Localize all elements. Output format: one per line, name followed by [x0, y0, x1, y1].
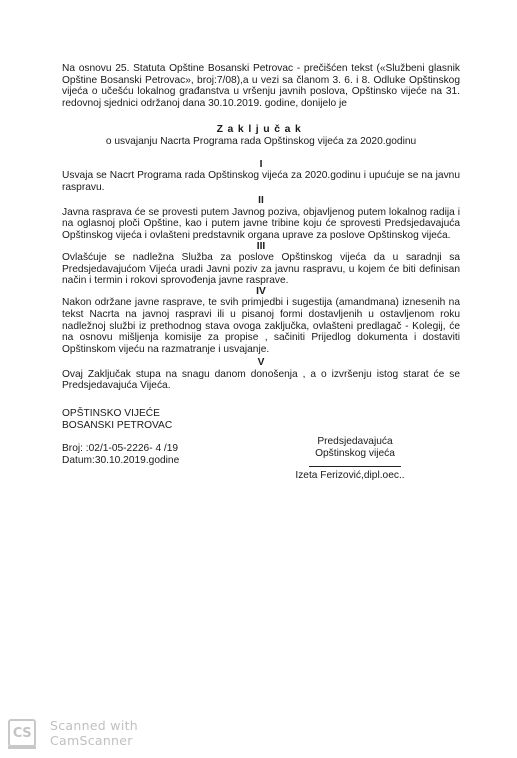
org-name: OPŠTINSKO VIJEĆE [62, 408, 460, 420]
issuing-body: OPŠTINSKO VIJEĆE BOSANSKI PETROVAC [62, 408, 460, 431]
section-numeral-2: II [62, 196, 460, 207]
camscanner-watermark: CS Scanned with CamScanner [8, 718, 138, 748]
section-text-1: Usvaja se Nacrt Programa rada Opštinskog… [62, 170, 460, 193]
signature-block: Predsjedavajuća Opštinskog vijeća Izeta … [275, 436, 435, 482]
signature-line [309, 466, 401, 467]
document-page: Na osnovu 25. Statuta Opštine Bosanski P… [62, 63, 460, 466]
watermark-line-1: Scanned with [50, 718, 138, 733]
preamble: Na osnovu 25. Statuta Opštine Bosanski P… [62, 63, 460, 109]
section-numeral-3: III [62, 242, 460, 253]
section-text-3: Ovlašćuje se nadležna Služba za poslove … [62, 252, 460, 287]
signatory-role: Predsjedavajuća [275, 436, 435, 448]
document-title: Zaključak [62, 124, 460, 136]
watermark-text: Scanned with CamScanner [50, 718, 138, 748]
document-subtitle: o usvajanju Nacrta Programa rada Opštins… [62, 136, 460, 148]
section-numeral-1: I [62, 160, 460, 171]
section-text-4: Nakon održane javne rasprave, te svih pr… [62, 297, 460, 355]
section-text-5: Ovaj Zaključak stupa na snagu danom dono… [62, 369, 460, 392]
signatory-body: Opštinskog vijeća [275, 448, 435, 460]
camscanner-logo-icon: CS [8, 719, 36, 747]
section-numeral-4: IV [62, 287, 460, 298]
watermark-line-2: CamScanner [50, 733, 138, 748]
section-text-2: Javna rasprava će se provesti putem Javn… [62, 207, 460, 242]
org-location: BOSANSKI PETROVAC [62, 420, 460, 432]
section-numeral-5: V [62, 358, 460, 369]
signatory-name: Izeta Ferizović,dipl.oec.. [265, 470, 435, 482]
